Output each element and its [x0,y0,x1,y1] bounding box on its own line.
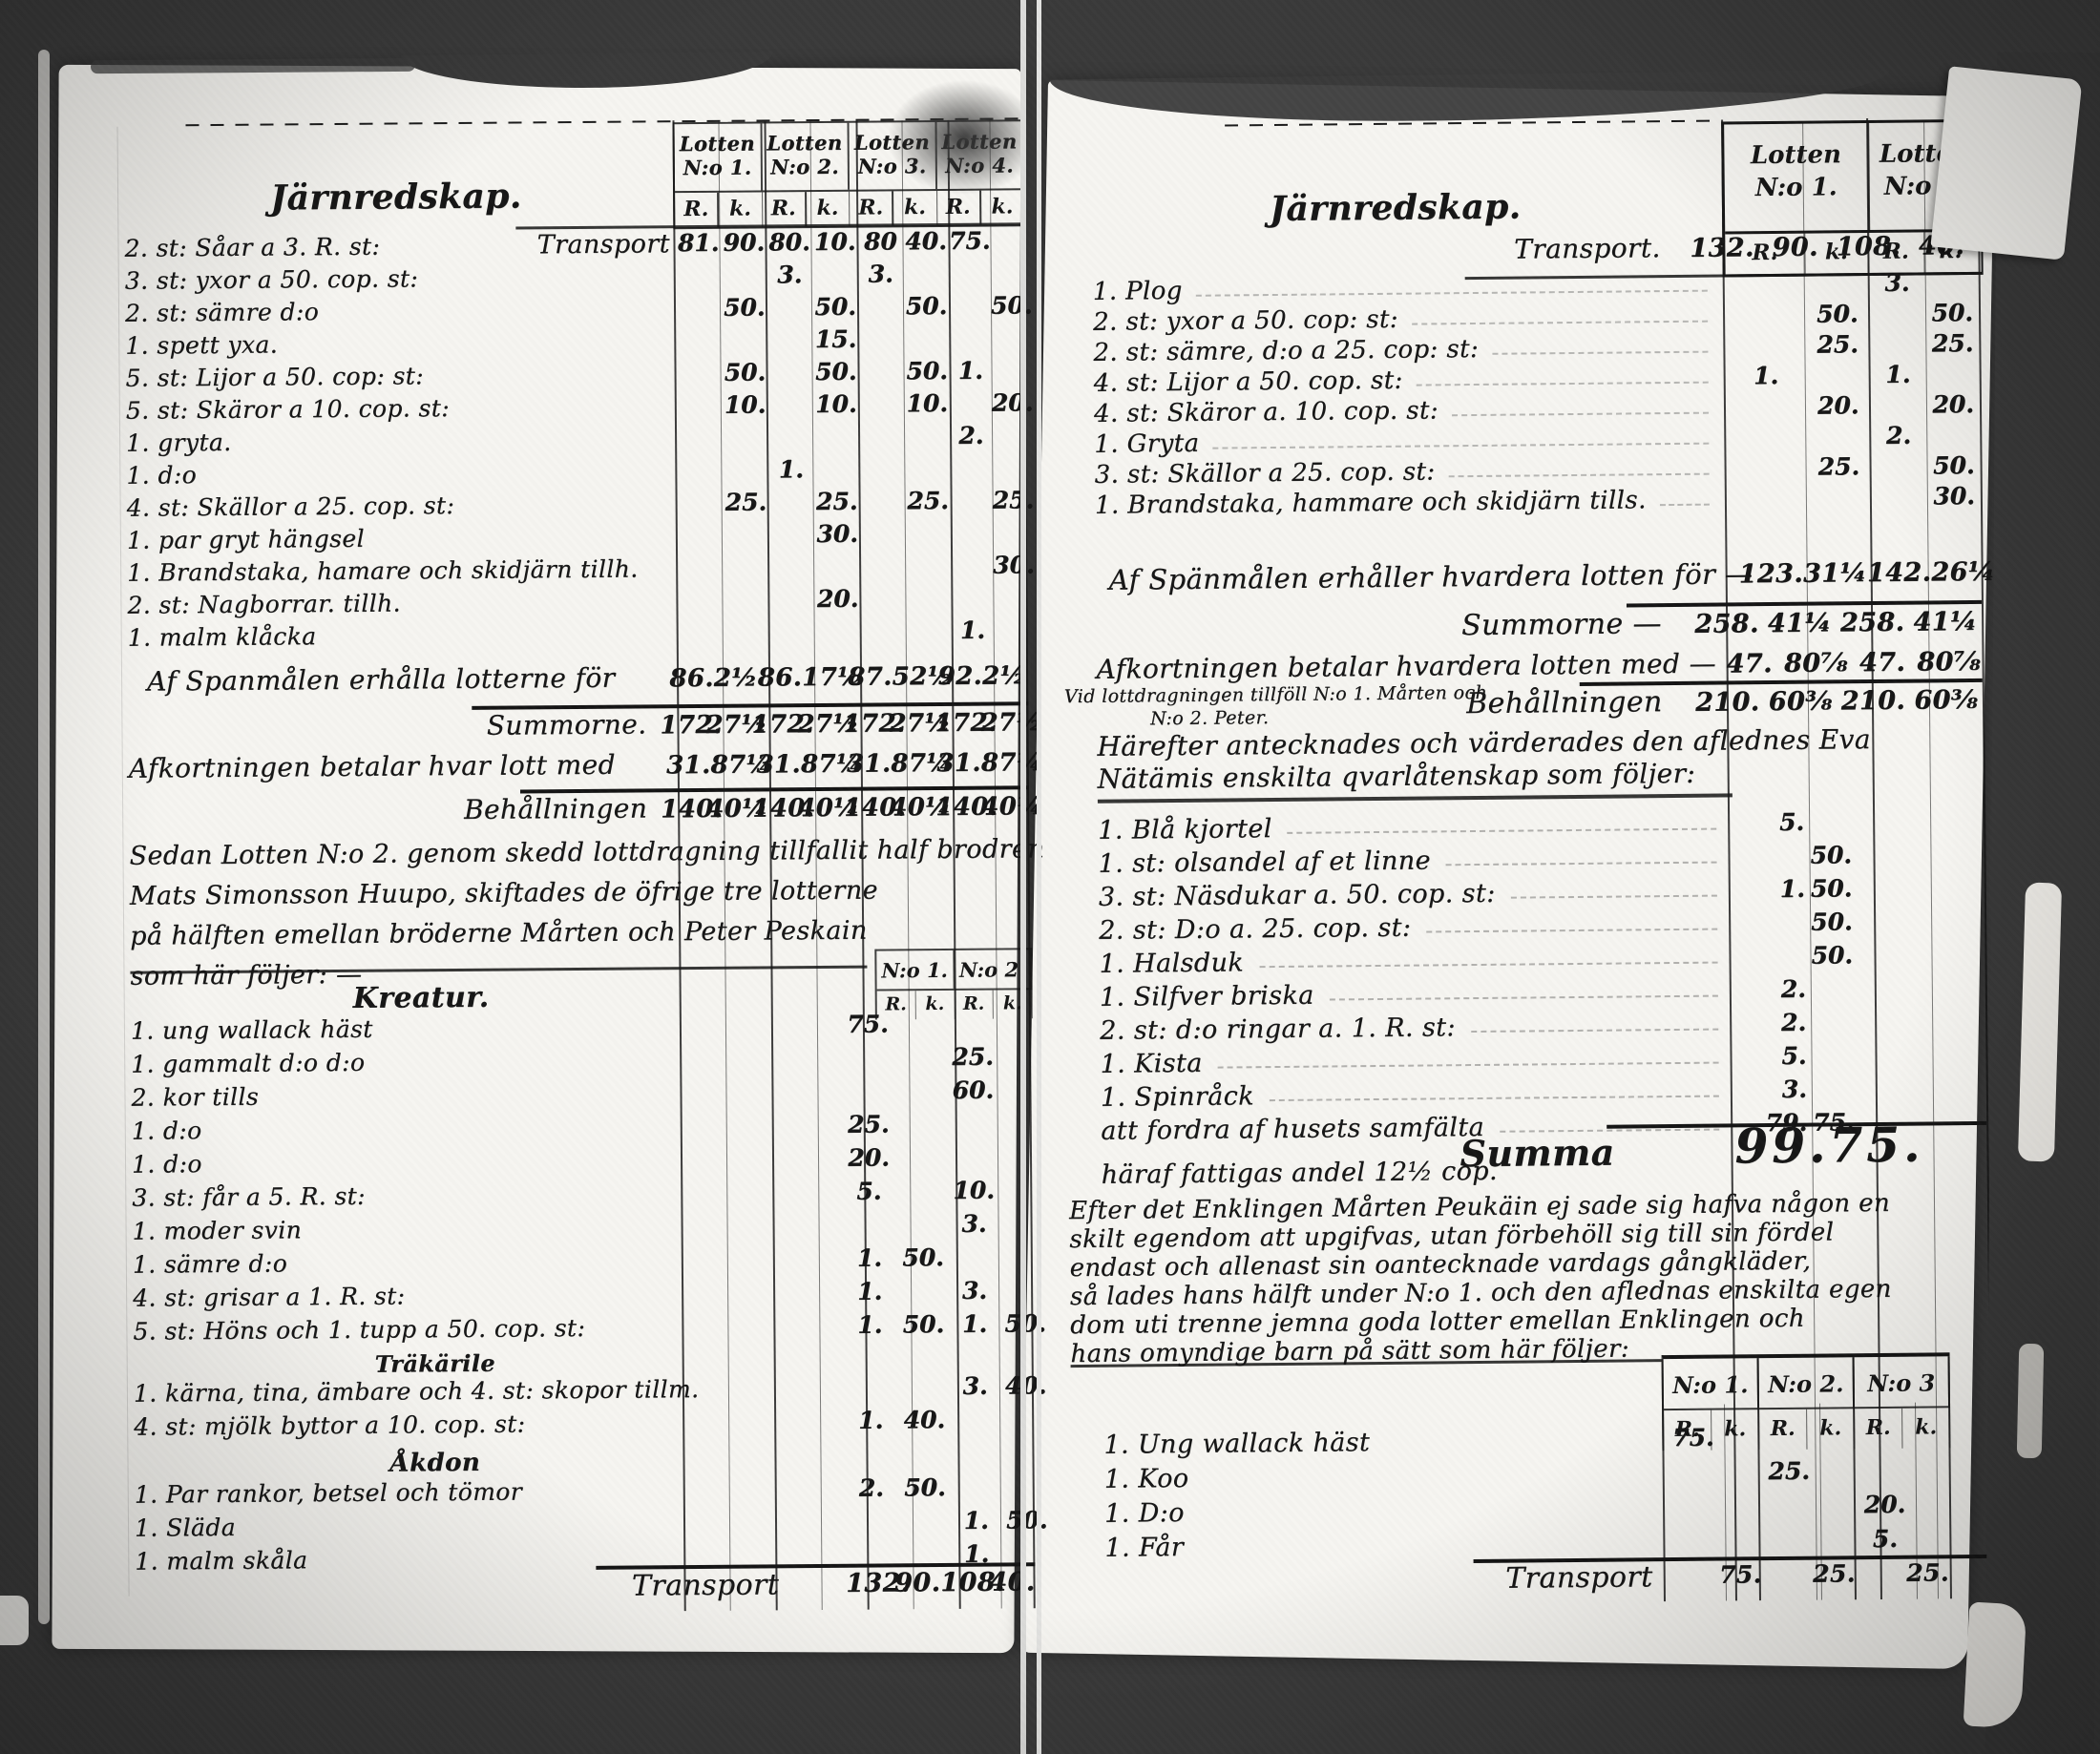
amount-cell: 210. [1837,683,1910,720]
page-edge-highlight [0,1596,29,1645]
amount-cell: 132. [846,1571,894,1596]
item-label: 1. Halsduk [1099,949,1244,977]
amount-cell: 31. [666,748,711,783]
amount-cell [1807,485,1870,486]
amount-cell: 50. [1804,843,1869,868]
amount-cell [1870,453,1926,454]
table-row: 1. Brandstaka, hammare och skidjärn till… [1095,484,1981,523]
amount-cell [1806,363,1869,364]
unit-label: k. [807,192,850,226]
unit-label: R. [675,193,720,227]
grain-allotment-row: Af Spanmålen erhålla lotterne för 86.2½8… [128,658,1026,705]
amount-cell: 87¼ [710,748,756,783]
amount-cell: 20. [815,587,861,612]
amount-cell: 27½ [705,708,751,742]
item-label: 1. moder svin [132,1217,302,1243]
amount-cell: 60. [943,1078,1003,1103]
item-label: 5. st: Skäror a 10. cop. st: [126,395,450,424]
amount-cell: 1. [837,1245,902,1271]
page-edge-highlight [2017,1344,2045,1459]
amount-cell: 25. [836,1112,901,1138]
amount-cell: 50. [902,1245,945,1270]
amount-cell [836,1078,901,1079]
amount-cell: 25. [1806,332,1870,358]
amount-cell: 10. [723,392,768,417]
amount-cell: 31. [936,746,981,781]
item-label: 1. st: olsandel af et linne [1098,846,1431,877]
amount-cell [1854,1458,1916,1459]
item-label: 1. Brandstaka, hammare och skidjärn till… [1095,487,1647,519]
amount-cell: 140. [844,790,890,825]
amount-cell [1726,425,1806,426]
amount-cell: 25. [814,490,860,514]
amount-cell: 50. [991,293,1023,318]
item-label: 5. st: Lijor a 50. cop: st: [125,363,424,390]
amount-cell: 52½ [892,659,937,694]
amount-cell: 20. [836,1145,901,1171]
amount-cell: 75. [1662,1426,1724,1451]
item-label: 3. st: yxor a 50. cop. st: [125,265,419,293]
amount-cell: 40. [903,1408,946,1432]
item-label: 2. st: yxor a 50. cop: st: [1093,306,1398,336]
amount-cell: 5. [1728,810,1804,836]
amount-cell: 87¼ [891,746,936,781]
summary-label: Afkortningen betalar hvar lott med [129,748,666,784]
amount-cell: 50. [1805,876,1870,902]
item-label: 2. kor tills [131,1084,259,1111]
item-label: 1. gammalt d:o d:o [131,1050,365,1077]
amount-cell [1807,424,1870,425]
right-items-table: 1. Plog 3. 2. st: yxor a 50. cop: st: 50… [1093,270,1981,523]
item-label: att fordra af husets samfälta [1101,1114,1484,1145]
transport-row: Transport 75. 25. 25. [1105,1560,1991,1603]
amount-cell: 26¼ [1931,554,1995,592]
amount-cell [838,1374,903,1375]
amount-cell: 47. [1716,646,1783,683]
amount-cell: 90. [721,230,766,255]
amount-cell: 10. [813,392,859,417]
lot-header: N:o 3 [1855,1356,1950,1407]
dotted-leader [1218,1045,1719,1069]
amount-cell: 60⅜ [1764,683,1837,720]
lot-header: Lotten N:o 1. [675,123,763,191]
amount-cell: 172. [934,706,980,741]
unit-label: R. [937,191,982,225]
item-label: 3. st: Skällor a 25. cop. st: [1095,458,1436,488]
livestock-heading: Kreatur. [353,981,490,1015]
unit-label: k. [893,191,937,225]
amount-cell [1726,333,1806,334]
amount-cell [1727,486,1807,487]
amount-cell: 3. [1731,1077,1807,1103]
item-label: 3. st: får a 5. R. st: [132,1183,366,1211]
item-label: 2. st: D:o a. 25. cop. st: [1099,914,1411,945]
amount-cell: 80. [766,230,812,255]
item-label: 1. Kista [1100,1050,1202,1078]
amount-cell: 2½ [714,661,758,696]
unit-label: k. [981,190,1025,224]
balance-row: Behållningen 140.40¼140.40¼140.40¼140.40… [129,789,1027,836]
amount-cell [1805,271,1868,272]
item-label: 1. Spinråck [1101,1082,1254,1112]
scan-smudge [888,80,1040,195]
dotted-leader [1448,456,1710,478]
dotted-leader [1417,365,1709,386]
amount-cell: 25. [1898,1560,1959,1586]
lot-header: N:o 1. [876,950,955,990]
amount-cell: 50. [722,295,767,320]
item-label: 4. st: Lijor a 50. cop. st: [1094,367,1403,397]
paragraph-line: Mats Simonsson Huupo, skiftades de öfrig… [130,869,1045,917]
amount-cell: 2. [1730,977,1806,1003]
amount-cell [1926,362,1980,363]
summa-value: 99.75. [1734,1117,1924,1175]
amount-cell [1663,1494,1725,1495]
amount-cell: 10. [904,391,950,416]
dotted-leader [1288,811,1717,834]
item-label: 1. Silfver briska [1100,982,1314,1012]
amount-cell: 142. [1867,554,1932,592]
personal-estate-table: 1. Blå kjortel 5. 1. st: olsandel af et … [1098,808,1960,1151]
amount-cell: 1. [1726,364,1807,389]
dotted-leader [1426,911,1717,933]
amount-cell: 123. [1738,556,1803,594]
amount-cell: 40¼ [890,790,935,825]
amount-cell: 50. [812,295,858,320]
dotted-leader [1270,1078,1719,1102]
amount-cell: 1. [952,618,994,643]
amount-cell: 172. [660,708,705,742]
item-label: 5. st: Höns och 1. tupp a 50. cop. st: [133,1315,585,1345]
dotted-leader [1259,945,1718,969]
amount-cell: 210. [1690,684,1764,721]
amount-cell: 1. [950,359,992,384]
item-label: 1. Ung wallack häst [1103,1429,1370,1459]
amount-cell: 20. [1806,393,1870,419]
amount-cell: 140. [752,791,798,825]
amount-cell [1725,272,1805,273]
amount-cell: 47. [1849,645,1916,682]
amount-cell: 2. [1730,1011,1806,1036]
amount-cell: 25. [905,489,951,513]
item-label: 1. sämre d:o [133,1250,287,1277]
amount-cell: 1. [1729,877,1805,903]
amount-cell: 17½ [802,660,848,695]
amount-cell: 40. [1005,1373,1034,1398]
amount-cell: 25. [1807,454,1871,480]
item-label: 1. malm klåcka [128,623,317,651]
amount-cell: 75. [949,229,991,254]
amount-cell: 3. [766,262,812,287]
amount-cell: 90. [1758,229,1832,266]
amount-cell [837,1212,902,1213]
livestock-table: 1. ung wallack häst 75. 1. gammalt d:o d… [131,1011,1034,1351]
item-label: 1. gryta. [126,429,232,456]
table-row: 1. malm klåcka 1. [128,617,1026,657]
dotted-leader [1196,273,1708,297]
item-label: 1. malm skåla [135,1547,307,1574]
amount-cell: 20. [1926,392,1980,418]
torn-edge-shadow [91,58,415,73]
amount-cell: 50. [904,294,950,319]
item-label: 1. D:o [1104,1499,1185,1528]
item-label: 2. st: sämre, d:o a 25. cop: st: [1093,336,1479,366]
amount-cell: 40. [903,229,949,254]
amount-cell: 50. [1805,909,1870,935]
binding-line [1037,0,1041,1754]
left-page-title: Järnredskap. [270,176,522,218]
amount-cell: 25. [1758,1459,1820,1485]
dotted-leader [1330,978,1718,1001]
amount-cell: 50. [813,360,859,385]
amount-cell: 27½ [797,707,843,741]
summary-label: Af Spanmålen erhålla lotterne för [128,661,669,698]
amount-cell: 75. [835,1012,900,1037]
amount-cell: 41¼ [1763,605,1837,642]
table-row: 5. st: Höns och 1. tupp a 50. cop. st: 1… [133,1311,1033,1351]
amount-cell: 40¼ [798,791,844,825]
amount-cell: 172. [751,707,797,741]
dotted-leader [1212,426,1709,449]
amount-cell: 50. [902,1312,945,1337]
amount-cell: 50. [904,1475,947,1500]
folded-corner [1930,66,2082,261]
amount-cell: 80 [857,229,903,254]
woodenware-subheading: Träkärile [375,1349,495,1378]
amount-cell [1853,1424,1915,1425]
heading-line: Nätämis enskilta qvarlåtenskap som följe… [1098,756,1872,796]
amount-cell: 5. [1854,1527,1916,1553]
amount-cell: 1. [837,1279,902,1305]
amount-cell: 20. [992,390,1024,415]
amount-cell: 50. [1806,302,1870,327]
scanned-ledger-spread: { "currency_units": {"r": "R.", "k": "k.… [0,0,2100,1754]
transport-row: Transport. 132.90.108.40. [1092,228,1978,277]
amount-cell: 50. [1925,301,1979,326]
item-label: 1. par gryt hängsel [127,526,365,553]
amount-cell [1729,910,1805,911]
amount-cell [1806,1043,1871,1044]
amount-cell: 3. [1869,270,1926,296]
binding-line [1020,0,1026,1754]
woodenware-table: 1. kärna, tina, ämbare och 4. st: skopor… [134,1373,1035,1447]
amount-cell [1725,303,1805,303]
summary-label: Behållningen [1097,685,1691,725]
dotted-leader [1452,395,1710,417]
amount-cell: 5. [837,1179,902,1204]
item-label: 1. ung wallack häst [131,1016,373,1044]
amount-cell: 3. [945,1374,1005,1399]
dotted-leader [1510,878,1716,899]
item-label: 1. d:o [126,462,197,489]
widower-paragraph: Efter det Enklingen Mårten Peukäin ej sa… [1069,1189,1893,1368]
amount-cell: 1. [768,457,814,482]
amount-cell: 86. [758,660,803,695]
amount-cell: 27½ [889,706,934,741]
dotted-leader [1500,1112,1719,1133]
amount-cell: 25. [943,1045,1003,1070]
table-top-rule [1225,119,1721,126]
amount-cell: 86. [669,661,714,696]
lot-header: Lotten N:o 1. [1724,123,1870,231]
amount-cell [1726,394,1806,395]
estate-section-heading: Härefter antecknades och värderades den … [1097,723,1871,796]
item-label: 2. st: Såar a 3. R. st: [124,234,380,261]
totals-row: Summorne. 172.27½172.27½172.27½172.27½ [128,705,1026,752]
transport-label: Transport. [1092,231,1686,271]
amount-cell: 1. [838,1408,903,1433]
amount-cell: 50. [1805,943,1870,969]
grain-allotment-row: Af Spänmålen erhåller hvardera lotten fö… [1096,554,1982,603]
item-label: 2. st: d:o ringar a. 1. R. st: [1100,1013,1456,1045]
item-label: 1. spett yxa. [125,331,278,358]
right-page-content: Järnredskap. Lotten N:o 1. Lotten N:o 2.… [1039,77,2004,1670]
item-label: 1. Koo [1104,1465,1189,1493]
amount-cell [1729,944,1805,945]
amount-cell: 92. [937,659,982,694]
amount-cell: 3. [944,1212,1004,1237]
item-label: 1. Släda [135,1514,236,1541]
summary-label: Behållningen [129,792,661,828]
amount-cell [1758,1493,1820,1494]
item-label: 1. Gryta [1094,430,1199,458]
page-edge-highlight [2018,883,2062,1162]
amount-cell: 5. [1730,1044,1806,1070]
amount-cell: 80⅞ [1916,644,1983,681]
item-label: 4. st: mjölk byttor a 10. cop. st: [134,1410,525,1439]
amount-cell: 140. [935,790,981,825]
item-label: 4. st: Skällor a 25. cop. st: [127,492,455,521]
left-items-table: 2. st: Såar a 3. R. st:Transport 81. 90.… [124,228,1025,657]
amount-cell: 20. [1854,1493,1916,1518]
item-label: 1. Plog [1093,278,1183,305]
item-label: 2. st: Nagborrar. tillh. [127,590,401,617]
amount-cell: 172. [843,706,889,741]
item-label: 1. kärna, tina, ämbare och 4. st: skopor… [134,1376,700,1407]
amount-cell: 40¼ [706,792,752,826]
amount-cell [835,1045,900,1046]
amount-cell: 50. [722,360,767,385]
amount-cell [1925,270,1979,271]
lot-header: N:o 2. [1759,1357,1855,1408]
item-label: 4. st: grisar a 1. R. st: [133,1283,406,1310]
transport-label: Transport [135,1572,846,1603]
dotted-leader [1446,845,1717,867]
amount-cell: 75. [1710,1562,1771,1588]
amount-cell: 2. [950,424,992,449]
amount-cell [1869,301,1925,302]
paragraph-line: Sedan Lotten N:o 2. genom skedd lottdrag… [129,829,1044,877]
amount-cell [1727,455,1807,456]
amount-cell: 40. [989,1570,1035,1595]
amount-cell: 25. [1926,331,1980,357]
amount-cell: 41¼ [1909,604,1983,641]
dotted-leader [1412,303,1709,325]
amount-cell: 258. [1690,606,1764,643]
amount-cell [1870,392,1926,393]
amount-cell: 30. [1927,484,1981,510]
amount-cell: 1. [945,1312,1005,1337]
amount-cell: 108. [940,1571,989,1596]
amount-cell: 10. [812,230,858,255]
amount-cell: 31. [847,746,892,781]
amount-cell: 31¼ [1803,555,1867,593]
amount-cell [1728,844,1804,845]
item-label: 1. Får [1104,1534,1184,1562]
amount-cell: 1. [837,1312,902,1338]
amount-cell: 2. [839,1475,904,1501]
table-row: 4. st: mjölk byttor a 10. cop. st: 1. 40… [134,1407,1034,1447]
amount-cell [1757,1425,1819,1426]
left-page-content: Järnredskap. Lotten N:o 1. Lotten N:o 2.… [50,62,1024,1654]
amount-cell [1804,809,1869,810]
item-label: 1. Blå kjortel [1098,815,1272,845]
amount-cell: 3. [858,261,904,286]
transport-tag: Transport [537,231,670,258]
amount-cell: 90. [894,1571,940,1596]
amount-cell [840,1542,905,1543]
amount-cell: 50. [1927,453,1981,479]
amount-cell: 30. [814,522,860,547]
item-label: 1. d:o [132,1117,202,1144]
dotted-leader [1471,1012,1719,1033]
amount-cell: 60⅜ [1909,682,1983,720]
amount-cell [1871,484,1927,485]
amount-cell: 80⅞ [1782,645,1849,682]
right-page-title: Järnredskap. [1270,187,1522,230]
division-table: 1. Ung wallack häst 75. 1. Koo 25. 1. D: [1103,1423,1990,1569]
transport-label: Transport [1105,1563,1711,1597]
amount-cell: 2. [1870,423,1927,449]
lot-header: Lotten N:o 2. [762,123,850,191]
amount-cell [1663,1529,1725,1530]
amount-cell [839,1509,904,1510]
item-label: 1. d:o [132,1151,202,1178]
amount-cell: 50. [1004,1311,1033,1336]
summary-label: Afkortningen betalar hvardera lotten med… [1096,647,1716,687]
summary-label: Af Spänmålen erhåller hvardera lotten fö… [1096,556,1739,596]
deduction-row: Afkortningen betalar hvar lott med 31.87… [129,745,1027,792]
amount-cell: 81. [676,231,722,256]
amount-cell: 50. [904,359,950,384]
unit-label: R. [850,191,894,225]
amount-cell: 140. [661,792,706,826]
amount-cell: 31. [756,747,801,782]
unit-label: k. [719,192,763,226]
item-label: 1. Brandstaka, hamare och skidjärn tillh… [127,555,639,585]
unit-label: R. [763,192,808,226]
summary-label: Summorne — [1096,607,1690,647]
vehicles-subheading: Åkdon [389,1449,480,1478]
section-underline [1098,793,1732,803]
dotted-leader [1660,487,1711,507]
amount-cell: 258. [1836,605,1909,642]
amount-cell: 1. [946,1509,1006,1534]
amount-cell [1869,331,1925,332]
amount-cell [1927,423,1981,424]
amount-cell [1807,1076,1872,1077]
page-edge-highlight [38,50,50,1624]
poor-share-line: häraf fattigas andel 12½ cop. [1102,1157,1499,1190]
item-label: 4. st: Skäror a. 10. cop. st: [1094,397,1438,427]
amount-cell: 1. [1870,362,1927,387]
amount-cell: 10. [944,1179,1004,1203]
summary-label: Summorne. [128,708,660,744]
amount-cell: 132. [1686,230,1759,267]
amount-cell: 25. [723,490,768,514]
amount-cell: 87. [848,659,892,694]
amount-cell: 87¼ [801,747,847,782]
